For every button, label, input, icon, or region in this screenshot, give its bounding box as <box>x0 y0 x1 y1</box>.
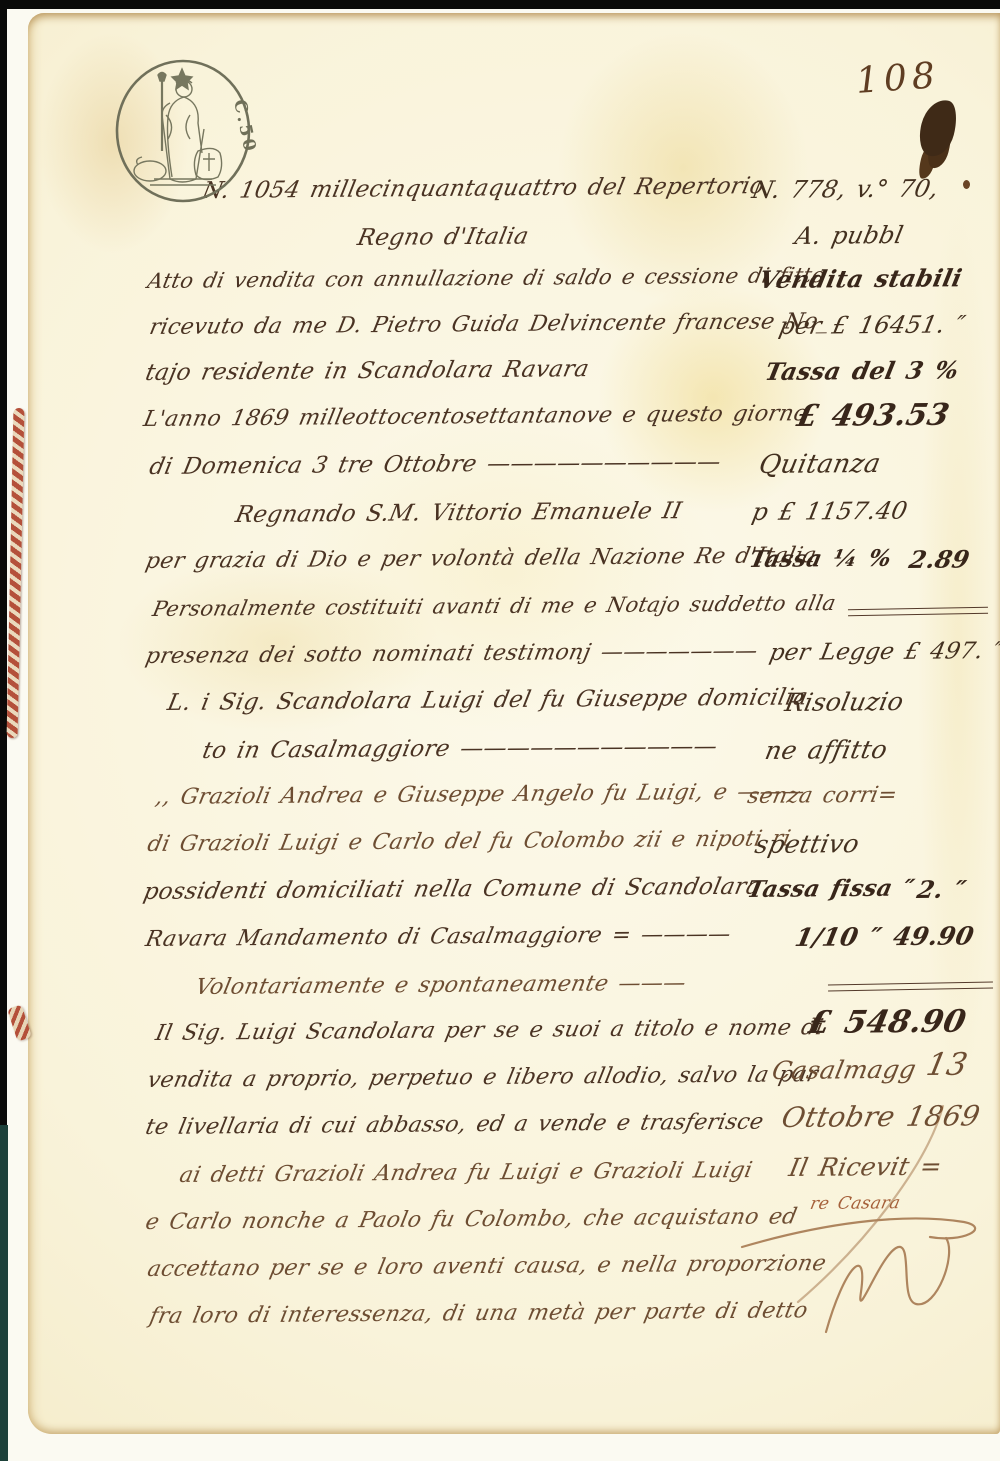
margin-annotation: per Legge £ 497. ″ <box>767 640 1000 665</box>
manuscript-body-line: Atto di vendita con annullazione di sald… <box>146 265 827 292</box>
margin-annotation: per £ 16451. ″ <box>777 312 968 338</box>
manuscript-body-line: tajo residente in Scandolara Ravara <box>143 358 591 385</box>
margin-annotation: Il Ricevit = <box>787 1154 944 1180</box>
margin-annotation: 13 <box>924 1050 970 1081</box>
manuscript-body-line: fra loro di interessenza, di una metà pe… <box>148 1300 810 1328</box>
margin-annotation: 2. ″ <box>915 878 968 902</box>
margin-annotation: N. 778, v.° 70, <box>750 176 941 202</box>
page-number: 108 <box>855 55 941 102</box>
margin-annotation: £ 548.90 <box>806 1007 969 1039</box>
manuscript-body-line: possidenti domiciliati nella Comune di S… <box>141 876 762 904</box>
revenue-stamp: C.50 <box>110 55 260 213</box>
scanner-edge <box>0 1125 8 1461</box>
manuscript-body-line: accettano per se e loro aventi causa, e … <box>146 1253 829 1281</box>
manuscript-body-line: N. 1054 millecinquantaquattro del Repert… <box>200 175 766 203</box>
manuscript-body-line: vendita a proprio, perpetuo e libero all… <box>146 1064 820 1092</box>
stamp-value: C.50 <box>229 98 260 156</box>
manuscript-body-line: ricevuto da me D. Pietro Guida Delvincen… <box>148 311 832 339</box>
margin-annotation: Casalmagg <box>770 1057 918 1083</box>
margin-rule <box>848 607 988 616</box>
manuscript-body-line: di Domenica 3 tre Ottobre —————————— <box>147 451 723 479</box>
ink-speck <box>963 180 970 189</box>
manuscript-body-line: L. i Sig. Scandolara Luigi del fu Giusep… <box>165 686 809 715</box>
manuscript-body-line: to in Casalmaggiore ——————————— <box>200 736 719 763</box>
manuscript-body-line: Il Sig. Luigi Scandolara per se e suoi a… <box>154 1017 826 1045</box>
margin-annotation: p £ 1157.40 <box>750 499 910 524</box>
margin-annotation: senza corri= <box>746 785 900 808</box>
manuscript-body-line: L'anno 1869 milleottocentosettantanove e… <box>142 403 810 431</box>
manuscript-body-line: ai detti Grazioli Andrea fu Luigi e Graz… <box>178 1160 755 1187</box>
scanned-document: N. 1054 millecinquantaquattro del Repert… <box>0 0 1000 1461</box>
margin-annotation: Tassa del 3 % <box>763 358 961 384</box>
margin-annotation: 1/10 ″ 49.90 <box>793 923 976 950</box>
manuscript-body-line: Personalmente costituiti avanti di me e … <box>151 593 838 620</box>
margin-annotation: Tassa ¼ % <box>747 547 893 571</box>
margin-annotation: re Casara <box>809 1195 902 1213</box>
margin-rule <box>828 982 993 992</box>
margin-annotation: Quitanza <box>757 451 883 478</box>
margin-annotation: Vendita stabili <box>757 266 964 292</box>
manuscript-body-line: e Carlo nonche a Paolo fu Colombo, che a… <box>144 1206 799 1234</box>
manuscript-body-line: Ravara Mandamento di Casalmaggiore = ———… <box>144 924 733 951</box>
margin-annotation: £ 493.53 <box>794 401 952 432</box>
margin-annotation: Tassa fissa ″ <box>745 877 916 901</box>
margin-annotation: spettivo <box>753 831 862 857</box>
margin-annotation: Risoluzio <box>783 689 906 715</box>
margin-annotation: ne affitto <box>763 737 890 763</box>
manuscript-body-line: ,, Grazioli Andrea e Giuseppe Angelo fu … <box>154 781 807 809</box>
manuscript-body-line: Regno d'Italia <box>355 226 530 250</box>
margin-annotation: Ottobre 1869 <box>779 1102 982 1132</box>
manuscript-body-line: di Grazioli Luigi e Carlo del fu Colombo… <box>146 828 793 856</box>
paper: N. 1054 millecinquantaquattro del Repert… <box>28 13 1000 1434</box>
margin-annotation: 2.89 <box>907 547 972 572</box>
manuscript-body-line: per grazia di Dio e per volontà della Na… <box>144 545 819 573</box>
margin-annotation: A. pubbl <box>793 223 905 248</box>
paper-stain <box>558 33 808 303</box>
manuscript-body-line: presenza dei sotto nominati testimonj ——… <box>144 641 760 668</box>
manuscript-body-line: te livellaria di cui abbasso, ed a vende… <box>144 1112 766 1139</box>
manuscript-body-line: Regnando S.M. Vittorio Emanuele II <box>233 500 683 527</box>
manuscript-body-line: Volontariamente e spontaneamente ——— <box>194 973 688 999</box>
